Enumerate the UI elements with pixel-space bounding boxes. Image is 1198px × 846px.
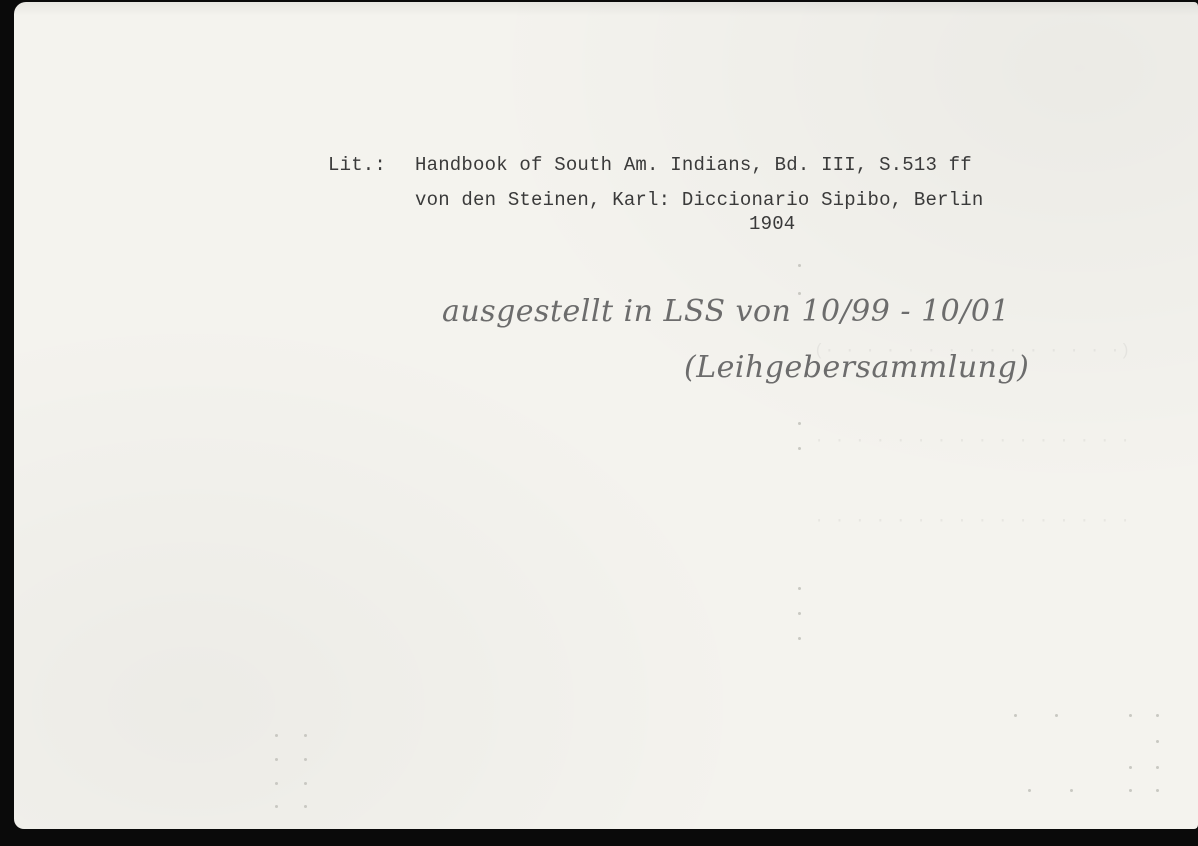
punch-dot [275,805,278,808]
literature-reference-2: von den Steinen, Karl: Diccionario Sipib… [415,189,984,211]
handwritten-exhibition-note: ausgestellt in LSS von 10/99 - 10/01 [442,294,1010,329]
punch-dot [275,758,278,761]
punch-dot [1156,740,1159,743]
punch-dot [304,782,307,785]
punch-dot [1156,789,1159,792]
punch-dot [1070,789,1073,792]
literature-reference-1: Handbook of South Am. Indians, Bd. III, … [415,154,972,176]
punch-dot [798,612,801,615]
punch-dot [1014,714,1017,717]
punch-dot [1156,714,1159,717]
index-card: (· · · · · · · · · · · · · · ·) · · · · … [14,2,1198,829]
punch-dot [1129,789,1132,792]
handwritten-lender-collection: (Leihgebersammlung) [684,350,1029,385]
punch-dot [1055,714,1058,717]
punch-dot [798,447,801,450]
literature-reference-2-year: 1904 [749,213,795,235]
punch-dot [798,587,801,590]
punch-dot [304,758,307,761]
punch-dot [275,734,278,737]
punch-dot [304,805,307,808]
punch-dot [1129,766,1132,769]
punch-dot [798,292,801,295]
punch-dot [1129,714,1132,717]
bleed-through-text: · · · · · · · · · · · · · · · · [814,432,1130,451]
literature-label: Lit.: [328,154,386,176]
punch-dot [798,637,801,640]
punch-dot [304,734,307,737]
punch-dot [798,422,801,425]
punch-dot [1028,789,1031,792]
punch-dot [275,782,278,785]
bleed-through-text: · · · · · · · · · · · · · · · · [814,512,1130,531]
punch-dot [798,264,801,267]
punch-dot [1156,766,1159,769]
